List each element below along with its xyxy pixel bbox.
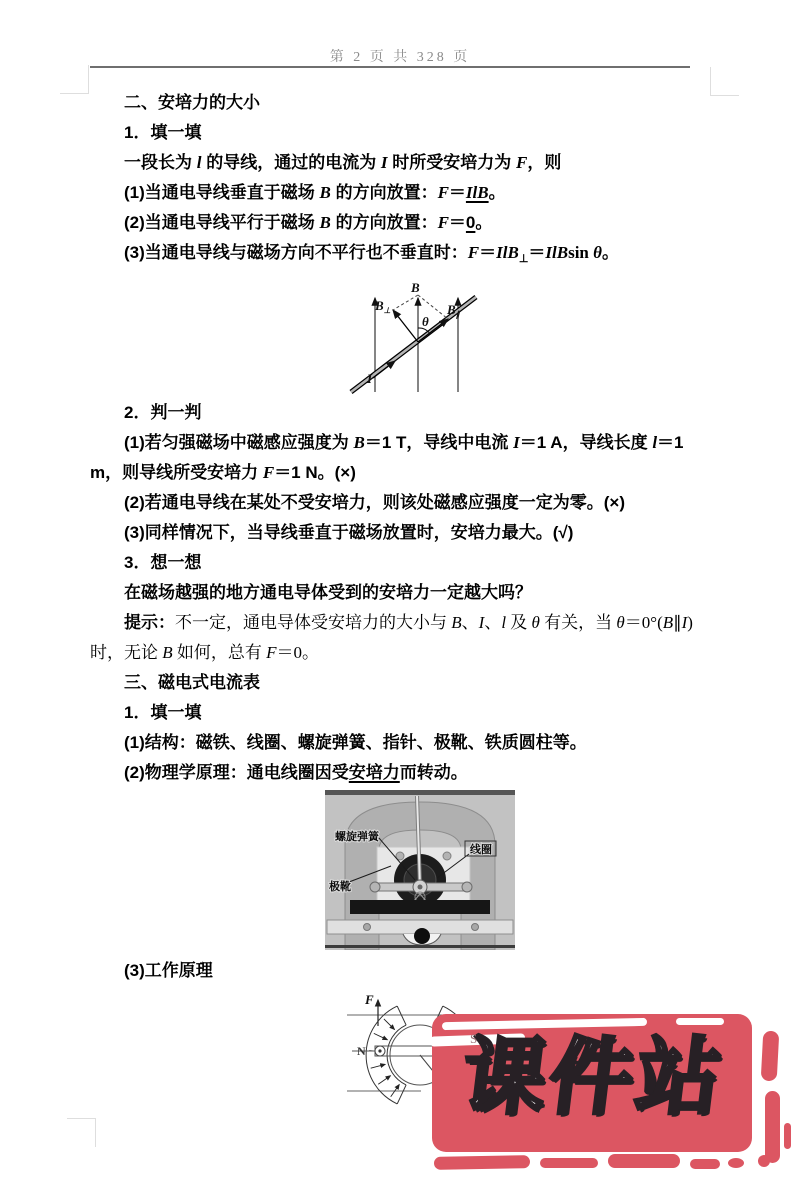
text-segment: 如何，总有 (173, 643, 267, 662)
text-segment: I (513, 433, 520, 452)
text-segment: ＝0。 (277, 643, 320, 662)
text-segment: ＝1 A，导线长度 (520, 433, 653, 452)
text-segment: 1．填一填 (124, 123, 201, 142)
current-label: I (366, 371, 373, 386)
paragraph-sub-1: 1．填一填 (90, 118, 712, 148)
text-segment: θ (532, 613, 540, 632)
text-segment: 不一定，通电导体受安培力的大小与 (175, 613, 451, 632)
text-segment: ∥ (673, 613, 682, 632)
force-label: F (364, 992, 374, 1007)
text-segment: θ (593, 243, 602, 262)
text-segment: B (451, 613, 461, 632)
text-segment: F (438, 183, 449, 202)
watermark-border-blob (784, 1123, 791, 1149)
paragraph-heading-2: 二、安培力的大小 (90, 88, 712, 118)
text-segment: F (438, 213, 449, 232)
text-segment: B (320, 213, 331, 232)
theta-label: θ (422, 314, 429, 329)
paragraph-working-principle: (3)工作原理 (90, 956, 712, 986)
text-segment: 一段长为 (124, 153, 197, 172)
watermark-text: 课件站 (441, 1035, 745, 1119)
text-segment: θ (616, 613, 624, 632)
text-segment: IlB (545, 243, 568, 262)
south-pole-label-overlay: S (470, 1031, 477, 1047)
screw (443, 852, 451, 860)
text-segment: 3．想一想 (124, 553, 201, 572)
base-screw (472, 924, 479, 931)
text-segment: B (320, 183, 331, 202)
watermark-underline-dash (434, 1155, 530, 1170)
paragraph-principle: (2)物理学原理：通电线圈因受安培力而转动。 (90, 758, 712, 788)
paragraph-heading-3: 三、磁电式电流表 (90, 668, 712, 698)
text-segment: (1)当通电导线垂直于磁场 (124, 183, 320, 202)
text-segment: F (266, 643, 276, 662)
text-segment: ＝1 T，导线中电流 (365, 433, 513, 452)
paragraph-hint: 提示：不一定，通电导体受安培力的大小与 B、I、l 及 θ 有关，当 θ＝0°(… (90, 608, 712, 668)
paragraph-judge-1: (1)若匀强磁场中磁感应强度为 B＝1 T，导线中电流 I＝1 A，导线长度 l… (90, 428, 712, 488)
galvanometer-photo: 螺旋弹簧 线圈 极靴 (325, 790, 515, 950)
document-body: 二、安培力的大小 1．填一填 一段长为 l 的导线，通过的电流为 I 时所受安培… (90, 88, 712, 1158)
text-segment: I (381, 153, 388, 172)
paragraph-think: 在磁场越强的地方通电导体受到的安培力一定越大吗？ (90, 578, 712, 608)
text-segment: 在磁场越强的地方通电导体受到的安培力一定越大吗？ (124, 583, 532, 602)
paragraph-sub-3: 3．想一想 (90, 548, 712, 578)
text-segment: ＝0°( (625, 613, 663, 632)
parallelogram-dashed-lines (393, 295, 448, 319)
hub-center (418, 885, 423, 890)
north-pole-label: N (357, 1044, 366, 1058)
text-segment: 提示： (124, 613, 175, 632)
text-segment: ＝ (479, 243, 496, 262)
text-segment: (3)当通电导线与磁场方向不平行也不垂直时： (124, 243, 468, 262)
left-field-arrows (369, 1019, 399, 1097)
text-segment: 的导线，通过的电流为 (201, 153, 380, 172)
pole-shoe-label: 极靴 (328, 879, 351, 893)
platform (350, 900, 490, 914)
text-segment: ＝1 N。(×) (274, 463, 356, 482)
text-segment: 。 (489, 183, 506, 202)
text-segment: 0 (466, 213, 475, 232)
watermark-border-blob (761, 1031, 780, 1082)
text-segment: 、 (484, 613, 501, 632)
text-segment: sin (568, 243, 593, 262)
document-page: 第 2 页 共 328 页 二、安培力的大小 1．填一填 一段长为 l 的导线，… (0, 0, 800, 1200)
paragraph-intro: 一段长为 l 的导线，通过的电流为 I 时所受安培力为 F，则 (90, 148, 712, 178)
text-segment: 而转动。 (400, 763, 468, 782)
text-segment: (1)若匀强磁场中磁感应强度为 (124, 433, 354, 452)
text-segment: ＝ (449, 213, 466, 232)
header-rule (90, 66, 690, 68)
vector-decomposition-diagram: B B⊥ B∥ θ I (345, 282, 515, 394)
watermark-underline-dash (758, 1155, 770, 1167)
text-segment: F (263, 463, 274, 482)
text-segment: 有关，当 (540, 613, 617, 632)
text-segment: 三、磁电式电流表 (124, 673, 260, 692)
paragraph-structure: (1)结构：磁铁、线圈、螺旋弹簧、指针、极靴、铁质圆柱等。 (90, 728, 712, 758)
text-segment: 及 (506, 613, 532, 632)
text-segment: 2．判一判 (124, 403, 201, 422)
paragraph-item-2: (2)当通电导线平行于磁场 B 的方向放置：F＝0。 (90, 208, 712, 238)
watermark-streak (676, 1018, 724, 1025)
b-perpendicular-vector (393, 310, 418, 342)
text-segment: 的方向放置： (331, 213, 438, 232)
text-segment: ＝ (449, 183, 466, 202)
watermark-underline-dash (690, 1159, 720, 1169)
photo-bottom-edge (325, 945, 515, 948)
b-label: B (410, 282, 420, 295)
paragraph-item-1: (1)当通电导线垂直于磁场 B 的方向放置：F＝IlB。 (90, 178, 712, 208)
text-segment: ＝ (528, 243, 545, 262)
spring-label: 螺旋弹簧 (335, 829, 380, 843)
watermark-underline-dash (608, 1154, 680, 1168)
text-segment: B (162, 643, 172, 662)
text-segment: (1)结构：磁铁、线圈、螺旋弹簧、指针、极靴、铁质圆柱等。 (124, 733, 587, 752)
text-segment: (2)物理学原理：通电线圈因受 (124, 763, 349, 782)
text-segment: (3)同样情况下，当导线垂直于磁场放置时，安培力最大。(√) (124, 523, 573, 542)
watermark-underline-dash (728, 1158, 744, 1168)
text-segment: (3)工作原理 (124, 961, 213, 980)
text-segment: F (516, 153, 527, 172)
spoke-ball-right (462, 882, 472, 892)
text-segment: F (468, 243, 479, 262)
paragraph-sub-1b: 1．填一填 (90, 698, 712, 728)
text-segment: 的方向放置： (331, 183, 438, 202)
paragraph-judge-2: (2)若通电导线在某处不受安培力，则该处磁感应强度一定为零。(×) (90, 488, 712, 518)
current-direction-arrow (373, 361, 395, 378)
text-segment: 1．填一填 (124, 703, 201, 722)
watermark-border-blob (765, 1091, 780, 1163)
watermark-underline-dash (540, 1158, 598, 1168)
text-segment: ⊥ (519, 253, 529, 265)
text-segment: 二、安培力的大小 (124, 93, 260, 112)
text-boundary-mark-top-left (60, 65, 89, 94)
text-segment: 时所受安培力为 (388, 153, 516, 172)
text-segment: IlB (496, 243, 519, 262)
watermark-stamp: 课件站 (428, 1005, 800, 1200)
spoke-ball-left (370, 882, 380, 892)
base-knob (414, 928, 430, 944)
photo-top-edge (325, 790, 515, 795)
text-segment: 、 (462, 613, 479, 632)
text-segment: 安培力 (349, 763, 400, 782)
text-segment: 。 (602, 243, 619, 262)
current-out-dot (378, 1049, 381, 1052)
base-screw (364, 924, 371, 931)
page-number-header: 第 2 页 共 328 页 (0, 46, 800, 66)
paragraph-item-3: (3)当通电导线与磁场方向不平行也不垂直时：F＝IlB⊥＝IlBsin θ。 (90, 238, 712, 274)
text-boundary-mark-top-right (710, 67, 739, 96)
text-segment: 。 (475, 213, 492, 232)
coil-label: 线圈 (470, 842, 492, 856)
text-segment: B (354, 433, 365, 452)
text-segment: (2)若通电导线在某处不受安培力，则该处磁感应强度一定为零。(×) (124, 493, 625, 512)
text-segment: ，则 (527, 153, 561, 172)
text-segment: IlB (466, 183, 489, 202)
b-perpendicular-label: B⊥ (374, 298, 391, 315)
text-segment: (2)当通电导线平行于磁场 (124, 213, 320, 232)
text-segment: B (663, 613, 673, 632)
paragraph-sub-2: 2．判一判 (90, 398, 712, 428)
paragraph-judge-3: (3)同样情况下，当导线垂直于磁场放置时，安培力最大。(√) (90, 518, 712, 548)
